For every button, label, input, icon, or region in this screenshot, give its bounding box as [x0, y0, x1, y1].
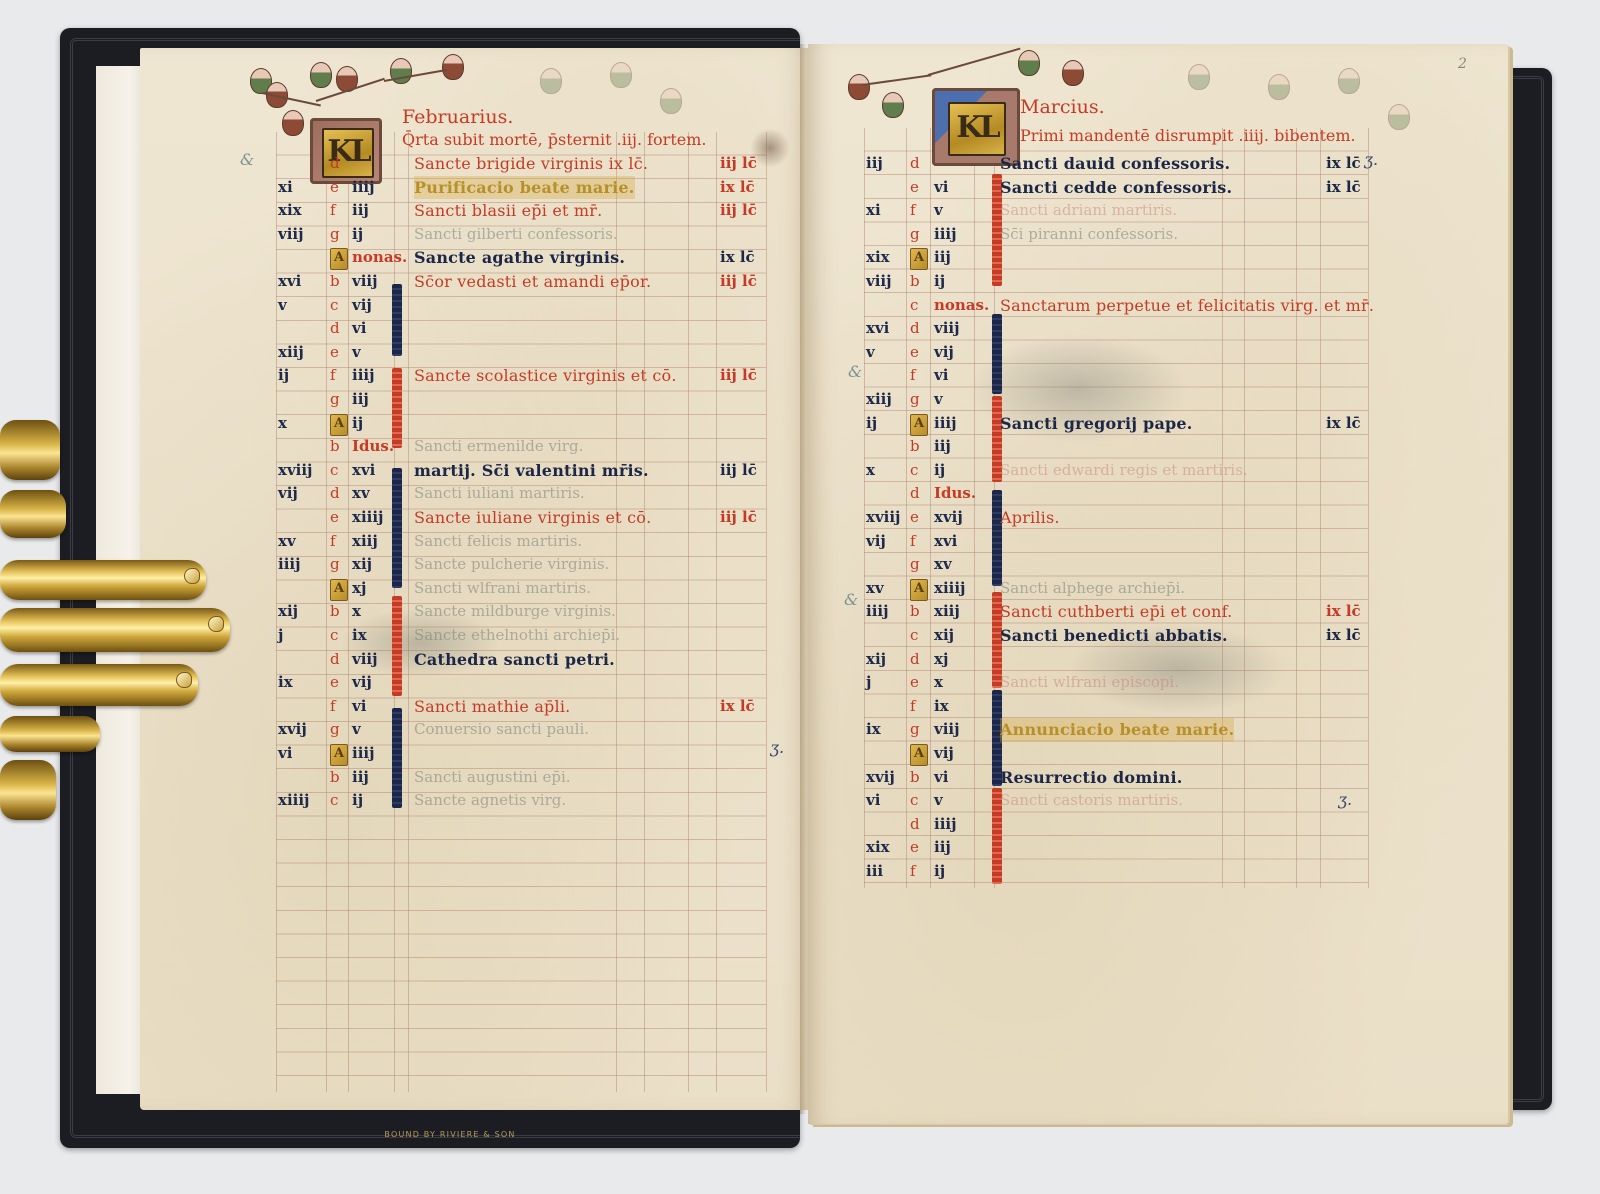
golden-number: x	[866, 459, 875, 483]
lessons-count: ix lc̄	[720, 695, 755, 719]
roman-day-count: iiij	[934, 223, 957, 247]
dominical-letter: g	[330, 388, 340, 412]
roman-day-count: iiij	[352, 176, 375, 200]
golden-number: xvi	[866, 317, 889, 341]
dominical-letter: c	[330, 789, 338, 813]
dominical-letter: g	[330, 718, 340, 742]
calendar-row: xiijev	[276, 341, 776, 365]
saint-feast-entry: Purificacio beate marie.	[414, 176, 635, 200]
saint-feast-entry: Sancti cuthberti ep̄i et conf.	[1000, 600, 1232, 624]
roman-day-count: xiiij	[934, 577, 965, 601]
golden-number: xij	[866, 648, 886, 672]
calendar-row: diiij	[864, 813, 1424, 837]
dominical-letter: e	[910, 341, 919, 365]
calendar-row: biijSancti augustini ep̄i.	[276, 766, 776, 790]
golden-number: viij	[866, 270, 892, 294]
golden-number: iiij	[866, 600, 889, 624]
saint-feast-entry: Sancti alphege archiep̄i.	[1000, 577, 1185, 601]
calendar-row: eviSancti cedde confessoris.ix lc̄	[864, 176, 1424, 200]
saint-feast-entry: Sancti mathie ap̄li.	[414, 695, 570, 719]
dominical-letter: c	[910, 294, 918, 318]
calendar-row: xixeiij	[864, 836, 1424, 860]
calendar-row: exiiijSancte iuliane virginis et cō.iij …	[276, 506, 776, 530]
dominical-letter: f	[330, 530, 336, 554]
calendar-row: iijdSancti dauid confessoris.ix lc̄	[864, 152, 1424, 176]
calendar-row: biij	[864, 435, 1424, 459]
calendar-row: xijbxSancte mildburge virginis.	[276, 600, 776, 624]
calendar-row: vcvij	[276, 294, 776, 318]
roman-day-count: viij	[352, 648, 378, 672]
roman-day-count: vij	[934, 341, 954, 365]
roman-day-count: ij	[352, 412, 363, 436]
golden-number: vi	[278, 742, 292, 766]
calendar-row: cnonas.Sanctarum perpetue et felicitatis…	[864, 294, 1424, 318]
golden-number: xviij	[278, 459, 312, 483]
golden-number: xix	[866, 246, 890, 270]
roman-day-count: ij	[352, 789, 363, 813]
dominical-letter: f	[330, 695, 336, 719]
calendar-row: xijdxj	[864, 648, 1424, 672]
dominical-letter: A	[910, 414, 928, 436]
calendar-row: jcixSancte ethelnothi archiep̄i.	[276, 624, 776, 648]
roman-day-count: vij	[934, 742, 954, 766]
roman-day-count: ij	[934, 270, 945, 294]
saint-feast-entry: Sancte agathe virginis.	[414, 246, 625, 270]
dominical-letter: g	[910, 223, 920, 247]
roman-day-count: iij	[352, 199, 369, 223]
lessons-count: ix lc̄	[1326, 152, 1361, 176]
saint-feast-entry: Sancte ethelnothi archiep̄i.	[414, 624, 620, 648]
calendar-row: xvijgvConuersio sancti pauli.	[276, 718, 776, 742]
dominical-letter: f	[330, 199, 336, 223]
dominical-letter: f	[910, 199, 916, 223]
saint-feast-entry: Sancte iuliane virginis et cō.	[414, 506, 651, 530]
saint-feast-entry: Sc̄or vedasti et amandi ep̄or.	[414, 270, 651, 294]
calendar-row: xvAxiiijSancti alphege archiep̄i.	[864, 577, 1424, 601]
roman-day-count: xv	[934, 553, 952, 577]
calendar-row: gxv	[864, 553, 1424, 577]
saint-feast-entry: Annunciacio beate marie.	[1000, 718, 1234, 742]
dominical-letter: A	[330, 414, 348, 436]
saint-feast-entry: Sancti iuliani martiris.	[414, 482, 585, 506]
golden-number: vi	[866, 789, 880, 813]
golden-number: ix	[278, 671, 293, 695]
calendar-row: vijfxvi	[864, 530, 1424, 554]
dominical-letter: f	[910, 860, 916, 884]
roman-day-count: nonas.	[352, 246, 407, 270]
calendar-row: vicvSancti castoris martiris.	[864, 789, 1424, 813]
roman-day-count: vi	[352, 695, 366, 719]
saint-feast-entry: Sancte agnetis virg.	[414, 789, 566, 813]
calendar-row: ijAiiijSancti gregorij pape.ix lc̄	[864, 412, 1424, 436]
lessons-count: iij lc̄	[720, 199, 757, 223]
calendar-row: giij	[276, 388, 776, 412]
dominical-letter: A	[910, 248, 928, 270]
calendar-table: dSancte brigide virginis ix lc̄.iij lc̄x…	[276, 152, 776, 832]
dominical-letter: d	[910, 648, 920, 672]
roman-day-count: ix	[352, 624, 367, 648]
dominical-letter: f	[910, 695, 916, 719]
golden-number: ix	[866, 718, 881, 742]
margin-mark: &	[848, 362, 862, 381]
saint-feast-entry: Sancti benedicti abbatis.	[1000, 624, 1228, 648]
calendar-row: xAij	[276, 412, 776, 436]
lessons-count: ix lc̄	[720, 176, 755, 200]
calendar-row: viAiiij	[276, 742, 776, 766]
roman-day-count: xvi	[352, 459, 375, 483]
golden-number: j	[278, 624, 283, 648]
dominical-letter: b	[330, 600, 340, 624]
saint-feast-entry: Sancte brigide virginis ix lc̄.	[414, 152, 648, 176]
golden-number: xix	[866, 836, 890, 860]
roman-day-count: nonas.	[934, 294, 989, 318]
golden-number: v	[866, 341, 875, 365]
calendar-row: dSancte brigide virginis ix lc̄.iij lc̄	[276, 152, 776, 176]
roman-day-count: vi	[352, 317, 366, 341]
roman-day-count: xiij	[934, 600, 960, 624]
calendar-row: iiifij	[864, 860, 1424, 884]
dominical-letter: f	[910, 530, 916, 554]
roman-day-count: vi	[934, 766, 948, 790]
dominical-letter: c	[330, 624, 338, 648]
dominical-letter: A	[910, 579, 928, 601]
lessons-count: ix lc̄	[1326, 600, 1361, 624]
calendar-row: ixgviijAnnunciacio beate marie.	[864, 718, 1424, 742]
calendar-row: ijfiiijSancte scolastice virginis et cō.…	[276, 364, 776, 388]
saint-feast-entry: Sancte mildburge virginis.	[414, 600, 616, 624]
saint-feast-entry: Sancti felicis martiris.	[414, 530, 582, 554]
margin-mark: &	[240, 150, 254, 169]
calendar-row: xvibviijSc̄or vedasti et amandi ep̄or.ii…	[276, 270, 776, 294]
golden-number: iiij	[278, 553, 301, 577]
dominical-letter: g	[910, 718, 920, 742]
roman-day-count: vi	[934, 364, 948, 388]
calendar-row: jexSancti wlfrani episcopi.	[864, 671, 1424, 695]
roman-day-count: viij	[934, 317, 960, 341]
saint-feast-entry: martij. Sc̄i valentini mr̄is.	[414, 459, 649, 483]
calendar-row: cxijSancti benedicti abbatis.ix lc̄	[864, 624, 1424, 648]
dominical-letter: g	[330, 223, 340, 247]
saint-feast-entry: Resurrectio domini.	[1000, 766, 1183, 790]
golden-number: xix	[278, 199, 302, 223]
saint-feast-entry: Cathedra sancti petri.	[414, 648, 615, 672]
roman-day-count: viij	[352, 270, 378, 294]
margin-mark: &	[844, 590, 858, 609]
roman-day-count: viij	[934, 718, 960, 742]
roman-day-count: ix	[934, 695, 949, 719]
golden-number: vij	[278, 482, 298, 506]
roman-day-count: xiiij	[352, 506, 383, 530]
calendar-row: xixfiijSancti blasii ep̄i et mr̄.iij lc̄	[276, 199, 776, 223]
calendar-row: fix	[864, 695, 1424, 719]
dominical-letter: f	[330, 364, 336, 388]
calendar-row: Avij	[864, 742, 1424, 766]
saint-feast-entry: Sancti blasii ep̄i et mr̄.	[414, 199, 602, 223]
golden-number: xiij	[866, 388, 892, 412]
saint-feast-entry: Sanctarum perpetue et felicitatis virg. …	[1000, 294, 1374, 318]
left-page-february[interactable]: KL Februarius. Q̄rta subit mortē, p̄ster…	[140, 48, 808, 1110]
dominical-letter: d	[330, 648, 340, 672]
golden-number: xv	[866, 577, 884, 601]
roman-day-count: vij	[352, 294, 372, 318]
roman-day-count: iij	[934, 246, 951, 270]
roman-day-count: xj	[934, 648, 948, 672]
saint-feast-entry: Conuersio sancti pauli.	[414, 718, 589, 742]
roman-day-count: xv	[352, 482, 370, 506]
calendar-row: vijdxvSancti iuliani martiris.	[276, 482, 776, 506]
dominical-letter: A	[330, 248, 348, 270]
lessons-count: iij lc̄	[720, 459, 757, 483]
calendar-row: AxjSancti wlfrani martiris.	[276, 577, 776, 601]
calendar-row: xixAiij	[864, 246, 1424, 270]
calendar-table: iijdSancti dauid confessoris.ix lc̄eviSa…	[864, 152, 1424, 892]
calendar-row: iiijbxiijSancti cuthberti ep̄i et conf.i…	[864, 600, 1424, 624]
dominical-letter: c	[910, 459, 918, 483]
roman-day-count: xiij	[352, 530, 378, 554]
saint-feast-entry: Sancti cedde confessoris.	[1000, 176, 1232, 200]
golden-number: xvij	[866, 766, 895, 790]
calendar-row: xviijexvijAprilis.	[864, 506, 1424, 530]
roman-day-count: ij	[934, 459, 945, 483]
golden-number: xiij	[278, 341, 304, 365]
dominical-letter: e	[330, 176, 339, 200]
golden-number: iij	[866, 152, 883, 176]
gold-hand-book-stand	[0, 410, 240, 830]
calendar-row: xiijgv	[864, 388, 1424, 412]
saint-feast-entry: Sancti adriani martiris.	[1000, 199, 1177, 223]
golden-number: viij	[278, 223, 304, 247]
folio-number: 2	[1458, 56, 1467, 72]
roman-day-count: xvij	[934, 506, 963, 530]
dominical-letter: A	[910, 744, 928, 766]
binder-stamp: BOUND BY RIVIERE & SON	[300, 1130, 600, 1144]
golden-number: xiiij	[278, 789, 309, 813]
dominical-letter: e	[910, 836, 919, 860]
golden-number: vij	[866, 530, 886, 554]
roman-day-count: iij	[352, 766, 369, 790]
dominical-letter: g	[330, 553, 340, 577]
roman-day-count: Idus.	[934, 482, 976, 506]
dominical-letter: d	[330, 482, 340, 506]
roman-day-count: v	[352, 718, 361, 742]
roman-day-count: iij	[352, 388, 369, 412]
roman-day-count: iiij	[934, 813, 957, 837]
calendar-row: giiijSc̄i piranni confessoris.	[864, 223, 1424, 247]
dominical-letter: b	[330, 766, 340, 790]
golden-number: xviij	[866, 506, 900, 530]
roman-day-count: x	[934, 671, 943, 695]
dominical-letter: c	[330, 459, 338, 483]
lessons-count: ix lc̄	[720, 246, 755, 270]
calendar-row: xvfxiijSancti felicis martiris.	[276, 530, 776, 554]
lessons-count: iij lc̄	[720, 270, 757, 294]
saint-feast-entry: Sc̄i piranni confessoris.	[1000, 223, 1178, 247]
roman-day-count: v	[352, 341, 361, 365]
golden-number: v	[278, 294, 287, 318]
right-page-march[interactable]: 2 KL Marcius. Primi mandentē disrumpit .…	[808, 44, 1508, 1124]
saint-feast-entry: Sancte scolastice virginis et cō.	[414, 364, 677, 388]
calendar-row: ixevij	[276, 671, 776, 695]
dominical-letter: b	[910, 766, 920, 790]
dominical-letter: c	[910, 789, 918, 813]
lessons-count: ix lc̄	[1326, 412, 1361, 436]
roman-day-count: ij	[352, 223, 363, 247]
saint-feast-entry: Sancti dauid confessoris.	[1000, 152, 1230, 176]
month-title: Marcius.	[1020, 96, 1105, 118]
roman-day-count: iiij	[352, 364, 375, 388]
calendar-row: bIdus.Sancti ermenilde virg.	[276, 435, 776, 459]
dominical-letter: b	[910, 600, 920, 624]
golden-number: xi	[866, 199, 881, 223]
calendar-row: dvi	[276, 317, 776, 341]
lessons-count: iij lc̄	[720, 152, 757, 176]
roman-day-count: v	[934, 199, 943, 223]
dominical-letter: c	[330, 294, 338, 318]
golden-number: x	[278, 412, 287, 436]
calendar-row: xifvSancti adriani martiris.	[864, 199, 1424, 223]
dominical-letter: e	[910, 506, 919, 530]
saint-feast-entry: Sancti castoris martiris.	[1000, 789, 1183, 813]
calendar-row: dIdus.	[864, 482, 1424, 506]
roman-day-count: x	[352, 600, 361, 624]
calendar-verse: Primi mandentē disrumpit .iiij. bibentem…	[1020, 126, 1356, 145]
calendar-row: xiiijcijSancte agnetis virg.	[276, 789, 776, 813]
roman-day-count: iij	[934, 836, 951, 860]
golden-number: ij	[278, 364, 289, 388]
golden-number: j	[866, 671, 871, 695]
dominical-letter: A	[330, 579, 348, 601]
dominical-letter: b	[330, 435, 340, 459]
dominical-letter: A	[330, 744, 348, 766]
dominical-letter: g	[910, 553, 920, 577]
dominical-letter: c	[910, 624, 918, 648]
saint-feast-entry: Sancti wlfrani episcopi.	[1000, 671, 1179, 695]
golden-number: xi	[278, 176, 293, 200]
dominical-letter: b	[910, 435, 920, 459]
saint-feast-entry: Aprilis.	[1000, 506, 1060, 530]
calendar-row: xvidviij	[864, 317, 1424, 341]
calendar-row: viijgijSancti gilberti confessoris.	[276, 223, 776, 247]
dominical-letter: e	[330, 341, 339, 365]
dominical-letter: d	[330, 317, 340, 341]
calendar-verse: Q̄rta subit mortē, p̄sternit .iij. forte…	[402, 130, 706, 149]
roman-day-count: vij	[352, 671, 372, 695]
roman-day-count: Idus.	[352, 435, 394, 459]
saint-feast-entry: Sancti augustini ep̄i.	[414, 766, 571, 790]
calendar-row: vevij	[864, 341, 1424, 365]
roman-day-count: iiij	[934, 412, 957, 436]
saint-feast-entry: Sancti wlfrani martiris.	[414, 577, 591, 601]
dominical-letter: f	[910, 364, 916, 388]
calendar-row: xcijSancti edwardi regis et martiris.	[864, 459, 1424, 483]
lessons-count: iij lc̄	[720, 506, 757, 530]
dominical-letter: d	[910, 317, 920, 341]
golden-number: ij	[866, 412, 877, 436]
golden-number: xij	[278, 600, 298, 624]
dominical-letter: g	[910, 388, 920, 412]
roman-day-count: ij	[934, 860, 945, 884]
roman-day-count: v	[934, 789, 943, 813]
dominical-letter: e	[910, 176, 919, 200]
roman-day-count: iiij	[352, 742, 375, 766]
roman-day-count: xj	[352, 577, 366, 601]
golden-number: xv	[278, 530, 296, 554]
saint-feast-entry: Sancti gilberti confessoris.	[414, 223, 618, 247]
saint-feast-entry: Sancti edwardi regis et martiris.	[1000, 459, 1248, 483]
dominical-letter: b	[330, 270, 340, 294]
golden-number: xvij	[278, 718, 307, 742]
roman-day-count: v	[934, 388, 943, 412]
month-title: Februarius.	[402, 106, 513, 128]
dominical-letter: d	[330, 152, 340, 176]
calendar-row: xviijcxvimartij. Sc̄i valentini mr̄is.ii…	[276, 459, 776, 483]
golden-number: xvi	[278, 270, 301, 294]
calendar-row: viijbij	[864, 270, 1424, 294]
roman-day-count: xij	[934, 624, 954, 648]
saint-feast-entry: Sancte pulcherie virginis.	[414, 553, 609, 577]
calendar-row: dviijCathedra sancti petri.	[276, 648, 776, 672]
calendar-row: xvijbviResurrectio domini.	[864, 766, 1424, 790]
dominical-letter: e	[330, 671, 339, 695]
roman-day-count: iij	[934, 435, 951, 459]
lessons-count: ix lc̄	[1326, 624, 1361, 648]
calendar-row: iiijgxijSancte pulcherie virginis.	[276, 553, 776, 577]
calendar-row: xieiiijPurificacio beate marie.ix lc̄	[276, 176, 776, 200]
calendar-row: fviSancti mathie ap̄li.ix lc̄	[276, 695, 776, 719]
dominical-letter: d	[910, 482, 920, 506]
lessons-count: ix lc̄	[1326, 176, 1361, 200]
calendar-row: fvi	[864, 364, 1424, 388]
dominical-letter: d	[910, 152, 920, 176]
roman-day-count: xij	[352, 553, 372, 577]
dominical-letter: d	[910, 813, 920, 837]
saint-feast-entry: Sancti ermenilde virg.	[414, 435, 583, 459]
dominical-letter: e	[330, 506, 339, 530]
calendar-row: Anonas.Sancte agathe virginis.ix lc̄	[276, 246, 776, 270]
lessons-count: iij lc̄	[720, 364, 757, 388]
dominical-letter: b	[910, 270, 920, 294]
leather-binding-right-board	[1510, 68, 1552, 1110]
golden-number: iii	[866, 860, 883, 884]
roman-day-count: xvi	[934, 530, 957, 554]
roman-day-count: vi	[934, 176, 948, 200]
dominical-letter: e	[910, 671, 919, 695]
saint-feast-entry: Sancti gregorij pape.	[1000, 412, 1193, 436]
